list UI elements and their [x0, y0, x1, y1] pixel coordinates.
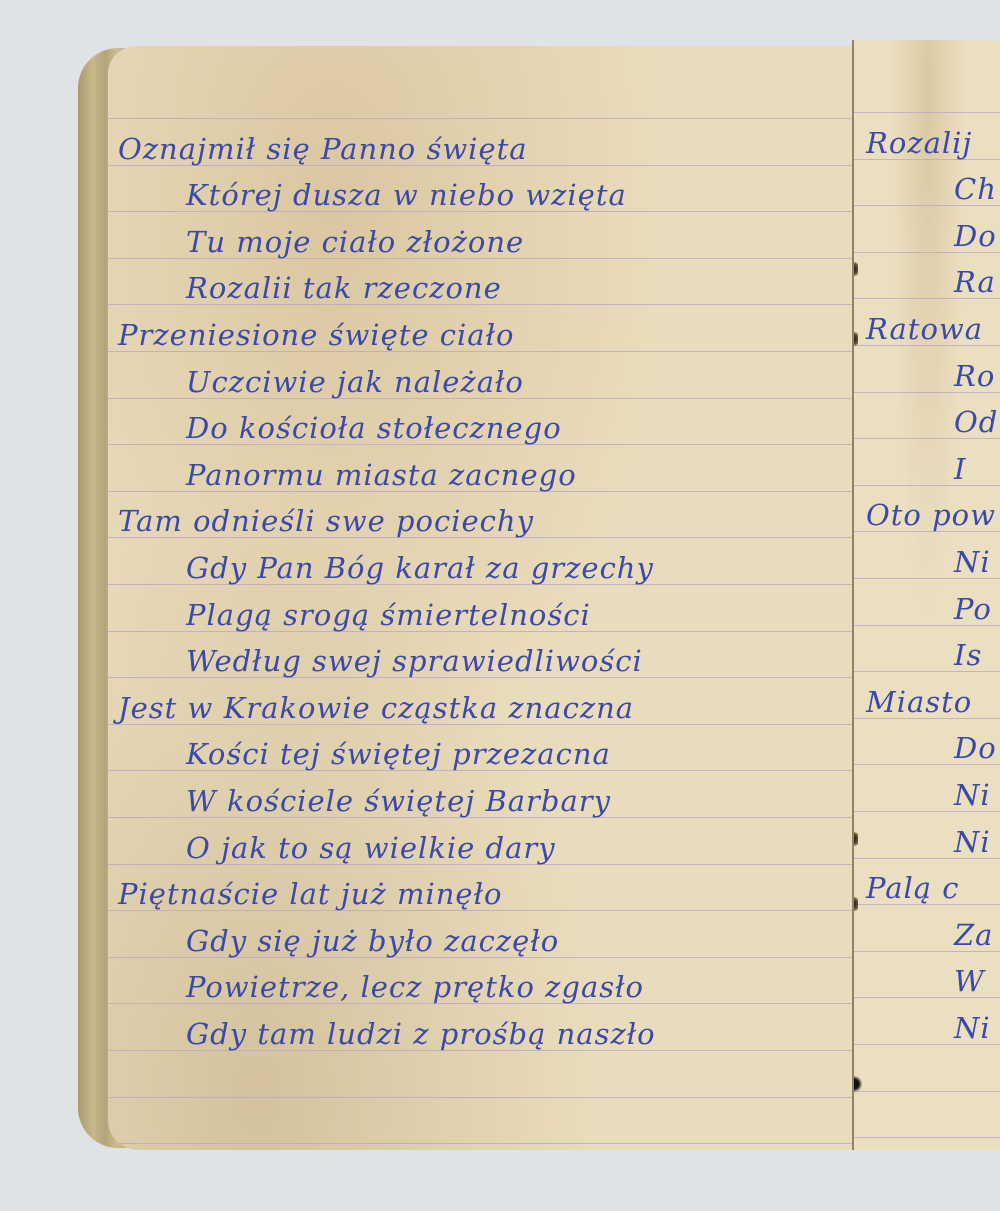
handwritten-line: Ro — [954, 362, 995, 391]
handwritten-line: Do — [954, 222, 997, 251]
ruled-line — [854, 112, 1000, 113]
staple-mark — [852, 895, 858, 913]
staple-mark — [852, 830, 858, 848]
handwritten-line: Plagą srogą śmiertelności — [186, 601, 591, 630]
ruled-line — [108, 118, 852, 119]
ruled-line — [108, 1097, 852, 1098]
handwritten-line: W — [954, 967, 985, 996]
handwritten-line: Do — [954, 734, 997, 763]
handwritten-line: I — [954, 455, 966, 484]
handwritten-line: Gdy tam ludzi z prośbą naszło — [186, 1020, 656, 1049]
handwritten-line: Od — [954, 408, 998, 437]
ruled-line — [854, 1091, 1000, 1092]
handwritten-line: W kościele świętej Barbary — [186, 787, 611, 816]
handwritten-line: Miasto — [866, 688, 972, 717]
handwritten-line: Ch — [954, 175, 997, 204]
handwritten-line: Według swej sprawiedliwości — [186, 647, 643, 676]
handwritten-line: Ni — [954, 781, 991, 810]
handwritten-line: Oznajmił się Panno święta — [118, 135, 528, 164]
handwritten-line: Gdy się już było zaczęło — [186, 927, 559, 956]
handwritten-line: Panormu miasta zacnego — [186, 461, 577, 490]
handwritten-line: Ratowa — [866, 315, 983, 344]
handwritten-line: Za — [954, 921, 993, 950]
handwritten-line: Rozalij — [866, 129, 972, 158]
ruled-line — [854, 1137, 1000, 1138]
handwritten-line: Oto pow — [866, 501, 996, 530]
handwritten-line: Is — [954, 641, 982, 670]
ruled-line — [108, 1143, 852, 1144]
handwritten-line: Ni — [954, 1014, 991, 1043]
staple-mark — [852, 330, 858, 348]
binding-hole — [852, 1075, 862, 1093]
handwritten-line: Rozalii tak rzeczone — [186, 274, 502, 303]
handwritten-line: Tu moje ciało złożone — [186, 228, 524, 257]
handwritten-line: Ni — [954, 828, 991, 857]
handwritten-line: Ni — [954, 548, 991, 577]
handwritten-line: Tam odnieśli swe pociechy — [118, 507, 534, 536]
handwritten-line: Której dusza w niebo wzięta — [186, 181, 627, 210]
handwritten-line: Palą c — [866, 874, 960, 903]
handwritten-line: Do kościoła stołecznego — [186, 414, 562, 443]
handwritten-line: Powietrze, lecz prętko zgasło — [186, 973, 644, 1002]
handwritten-line: Po — [954, 595, 992, 624]
handwritten-line: Ra — [954, 268, 996, 297]
handwritten-line: Piętnaście lat już minęło — [118, 880, 502, 909]
staple-mark — [852, 260, 858, 278]
handwritten-line: Kości tej świętej przezacna — [186, 740, 611, 769]
handwritten-line: Gdy Pan Bóg karał za grzechy — [186, 554, 654, 583]
handwritten-line: Uczciwie jak należało — [186, 368, 524, 397]
handwritten-line: Jest w Krakowie cząstka znaczna — [118, 694, 634, 723]
handwritten-line: Przeniesione święte ciało — [118, 321, 514, 350]
right-page: RozalijChDoRaRatowaRoOdIOto powNiPoIsMia… — [852, 40, 1000, 1150]
left-page: Oznajmił się Panno świętaKtórej dusza w … — [108, 46, 852, 1150]
ruled-line — [854, 485, 1000, 486]
handwritten-line: O jak to są wielkie dary — [186, 834, 556, 863]
